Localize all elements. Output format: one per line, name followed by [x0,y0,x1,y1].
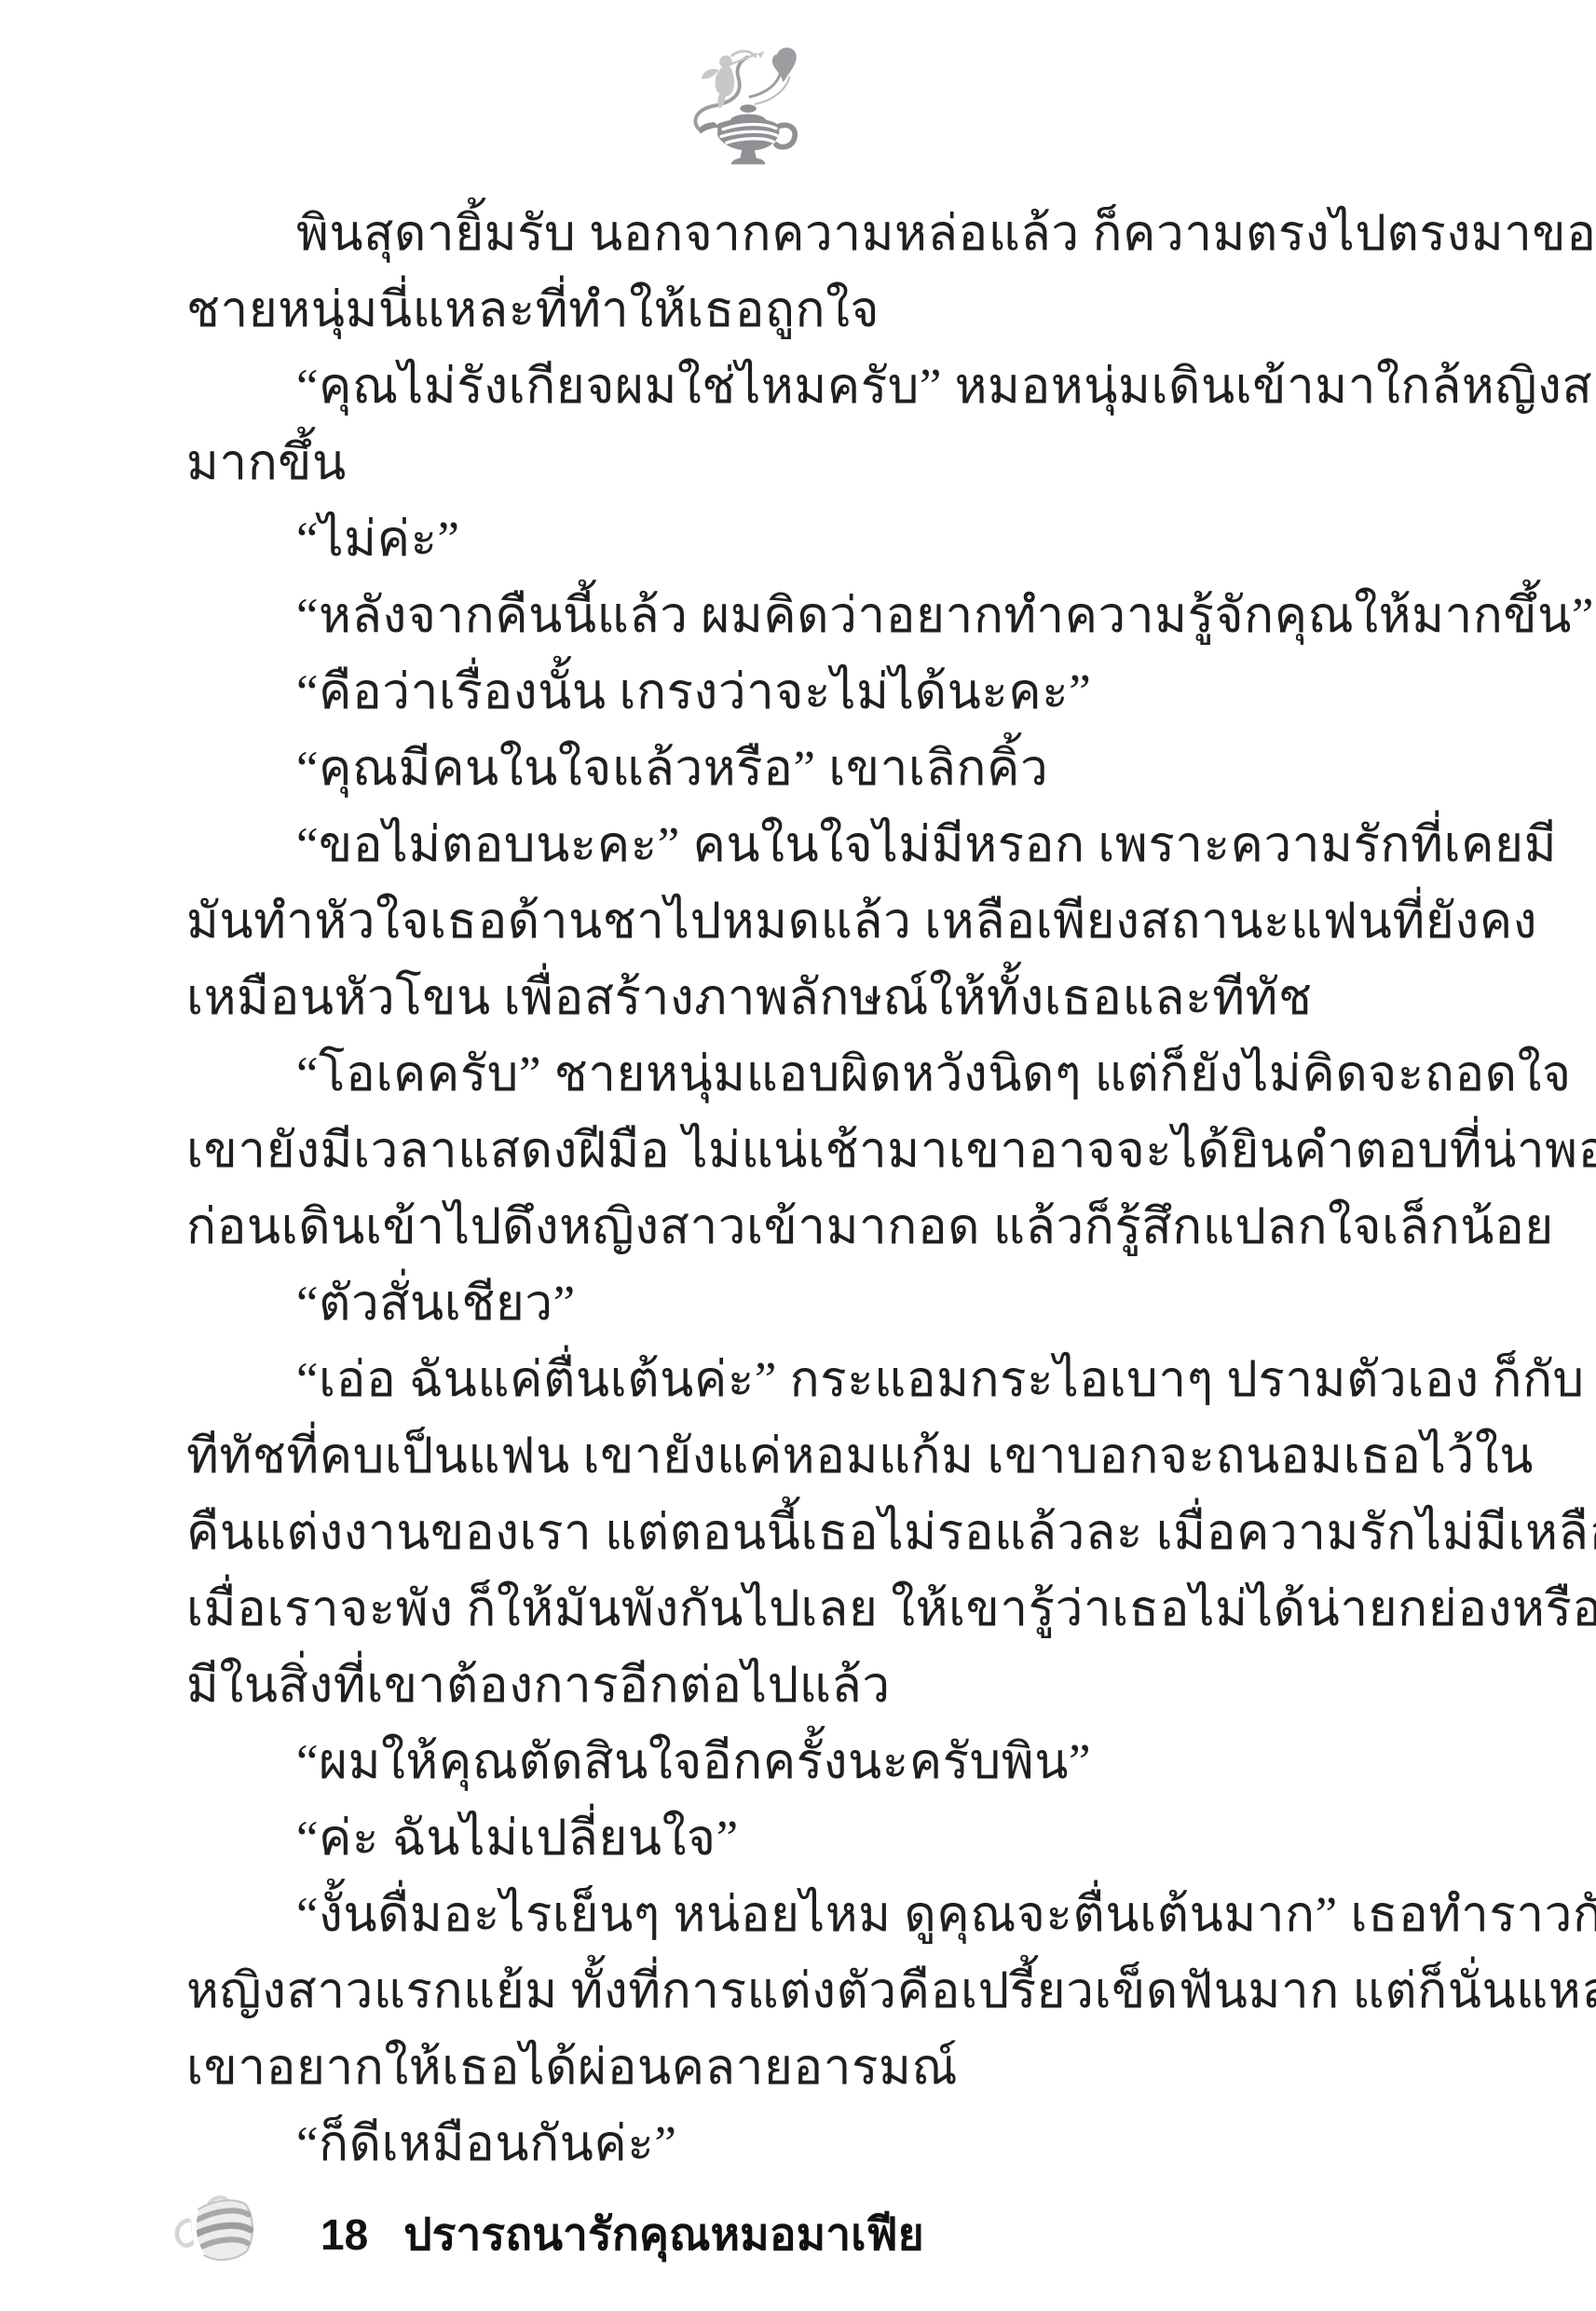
page-number: 18 [321,2209,368,2260]
text-line: เขาอยากให้เธอได้ผ่อนคลายอารมณ์ [186,2030,1337,2106]
text-line: “หลังจากคืนนี้แล้ว ผมคิดว่าอยากทำความรู้… [186,578,1337,654]
text-line: ก่อนเดินเข้าไปดึงหญิงสาวเข้ามากอด แล้วก็… [186,1189,1337,1265]
text-line: “โอเคครับ” ชายหนุ่มแอบผิดหวังนิดๆ แต่ก็ย… [186,1036,1337,1113]
text-line: คืนแต่งงานของเรา แต่ตอนนี้เธอไม่รอแล้วละ… [186,1495,1337,1571]
text-line: มีในสิ่งที่เขาต้องการอีกต่อไปแล้ว [186,1648,1337,1724]
surgical-mask-icon [173,2188,268,2281]
text-line: “ขอไม่ตอบนะคะ” คนในใจไม่มีหรอก เพราะความ… [186,807,1337,883]
page-footer: 18 ปรารถนารักคุณหมอมาเฟีย [173,2179,924,2290]
text-line: มากขึ้น [186,425,1337,501]
text-line: “ก็ดีเหมือนกันค่ะ” [186,2106,1337,2182]
text-line: มันทำหัวใจเธอด้านชาไปหมดแล้ว เหลือเพียงส… [186,883,1337,960]
body-text: พินสุดายิ้มรับ นอกจากความหล่อแล้ว ก็ความ… [186,196,1337,2182]
text-line: “เอ่อ ฉันแค่ตื่นเต้นค่ะ” กระแอมกระไอเบาๆ… [186,1342,1337,1418]
text-line: ทีทัชที่คบเป็นแฟน เขายังแค่หอมแก้ม เขาบอ… [186,1418,1337,1495]
text-line: เขายังมีเวลาแสดงฝีมือ ไม่แน่เช้ามาเขาอาจ… [186,1113,1337,1189]
text-line: เมื่อเราจะพัง ก็ให้มันพังกันไปเลย ให้เขา… [186,1571,1337,1648]
text-line: ชายหนุ่มนี่แหละที่ทำให้เธอถูกใจ [186,272,1337,349]
text-line: พินสุดายิ้มรับ นอกจากความหล่อแล้ว ก็ความ… [186,196,1337,272]
book-title: ปรารถนารักคุณหมอมาเฟีย [403,2199,924,2270]
text-line: “ผมให้คุณตัดสินใจอีกครั้งนะครับพิน” [186,1724,1337,1800]
text-line: “คุณมีคนในใจแล้วหรือ” เขาเลิกคิ้ว [186,731,1337,807]
text-line: “ตัวสั่นเชียว” [186,1265,1337,1342]
text-line: เหมือนหัวโขน เพื่อสร้างภาพลักษณ์ให้ทั้งเ… [186,960,1337,1036]
cupid-genie-lamp-ornament-icon [689,43,809,173]
text-line: “ค่ะ ฉันไม่เปลี่ยนใจ” [186,1800,1337,1877]
text-line: หญิงสาวแรกแย้ม ทั้งที่การแต่งตัวคือเปรี้… [186,1953,1337,2030]
text-line: “คุณไม่รังเกียจผมใช่ไหมครับ” หมอหนุ่มเดิ… [186,349,1337,425]
text-line: “คือว่าเรื่องนั้น เกรงว่าจะไม่ได้นะคะ” [186,654,1337,731]
text-line: “งั้นดื่มอะไรเย็นๆ หน่อยไหม ดูคุณจะตื่นเ… [186,1877,1337,1953]
text-line: “ไม่ค่ะ” [186,501,1337,578]
book-page: พินสุดายิ้มรับ นอกจากความหล่อแล้ว ก็ความ… [0,0,1596,2311]
